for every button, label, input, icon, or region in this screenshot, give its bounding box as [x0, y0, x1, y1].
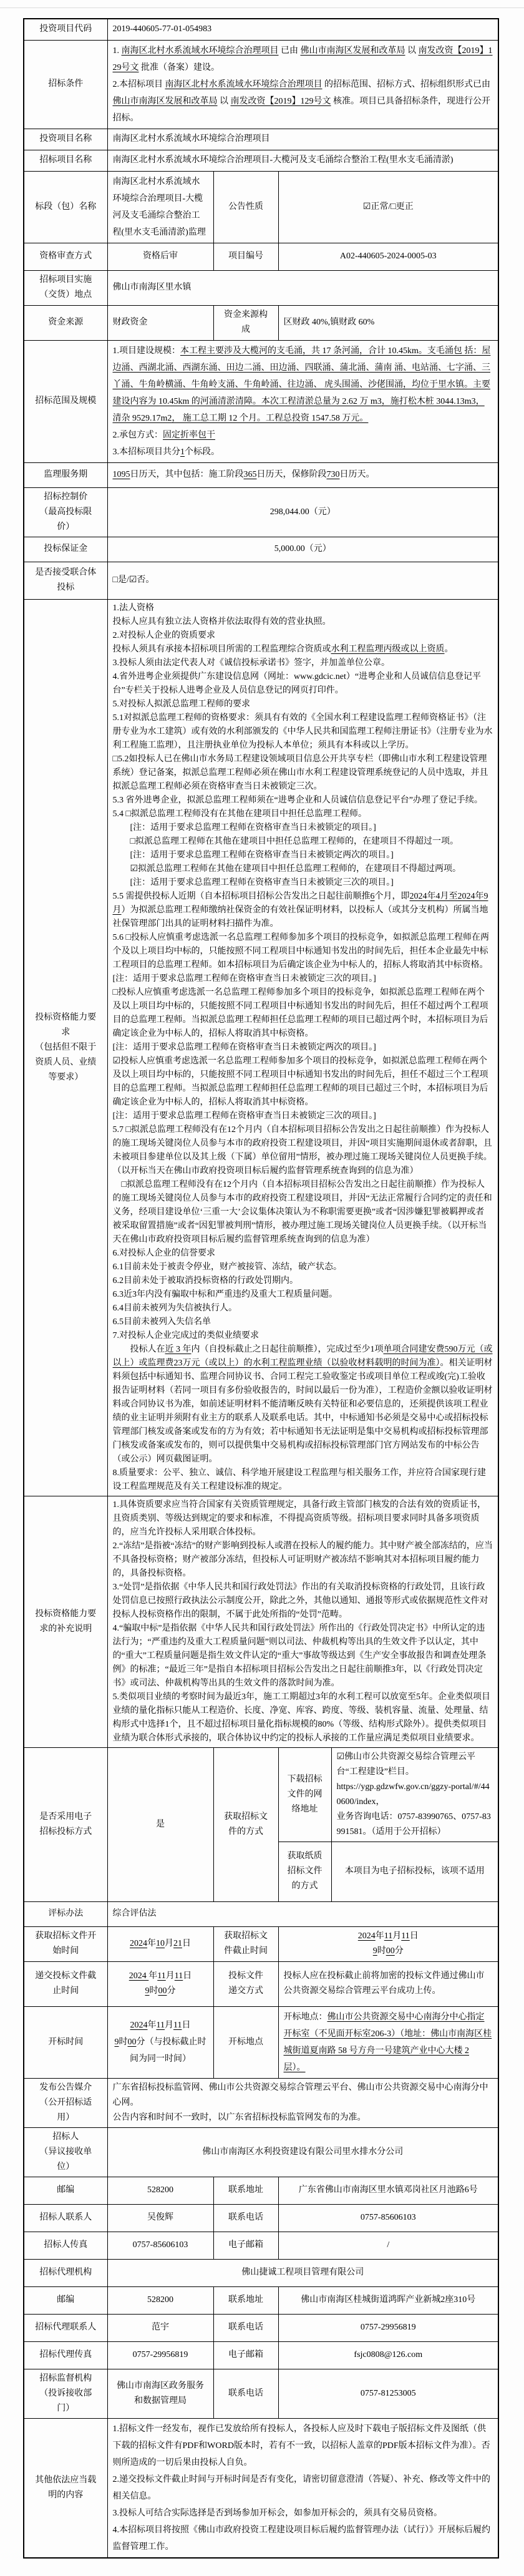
investment-code-value: 2019-440605-77-01-054983 [107, 19, 498, 40]
agency-address-label: 联系地址 [213, 2286, 278, 2314]
notice-nature-value: ☑正常/□更正 [278, 171, 498, 243]
table-row: 招标范围及规模 1.项目建设规模：本工程主要涉及大榄河的支毛涌，共 17 条河涌… [24, 340, 498, 462]
supervision-phone-label: 联系电话 [213, 2369, 278, 2418]
tender-announcement-page: 投资项目代码 2019-440605-77-01-054983 招标条件 1. … [0, 7, 524, 2559]
doc-deadline-label: 获取招标文件截止时间 [213, 1926, 278, 1961]
agency-email-label: 电子邮箱 [213, 2341, 278, 2369]
e-bidding-label: 是否采用电子招标投标方式 [24, 1747, 107, 1901]
control-price-value: 298,044.00（元） [107, 487, 498, 537]
submission-method-label: 投标文件递交方式 [213, 1961, 278, 2006]
section-name-value: 南海区北村水系流域水环境综合治理项目-大榄河及支毛涌综合整治工程(里水支毛涌清淤… [107, 171, 213, 243]
agency-contact-label: 招标代理联系人 [24, 2314, 107, 2341]
agency-postcode-label: 邮编 [24, 2286, 107, 2314]
table-row: 招标项目实施（交货）地点 佛山市南海区里水镇 [24, 270, 498, 305]
opening-time-value: 2024年11月11日9时00分（与投标截止时间为同一时间） [107, 2006, 213, 2078]
table-row: 开标时间 2024年11月11日9时00分（与投标截止时间为同一时间） 开标地点… [24, 2006, 498, 2078]
table-row: 投标资格能力要求（包括但不限于资质人员、业绩等要求） 1.法人资格投标人应具有独… [24, 599, 498, 1496]
doc-deadline-value: 2024年11月11日9时00分 [278, 1926, 498, 1961]
page-top-rule [0, 7, 524, 8]
delivery-location-label: 招标项目实施（交货）地点 [24, 270, 107, 305]
table-row: 是否采用电子招标投标方式 是 获取招标文件的方式 下载招标文件的网络地址 ☑佛山… [24, 1747, 498, 1842]
agency-value: 佛山捷诚工程项目管理有限公司 [107, 2259, 498, 2286]
tenderer-email-label: 电子邮箱 [213, 2232, 278, 2259]
tenderer-fax-value: 0757-85606103 [107, 2232, 213, 2259]
funding-source-value: 财政资金 [107, 305, 213, 340]
opening-place-value: 开标地点：佛山市公共资源交易中心南海分中心指定开标室（不见面开标室206-3）（… [278, 2006, 498, 2078]
supervision-period-label: 监理服务期 [24, 462, 107, 487]
investment-name-value: 南海区北村水系流域水环境综合治理项目 [107, 129, 498, 150]
bid-bond-value: 5,000.00（元） [107, 537, 498, 562]
investment-code-label: 投资项目代码 [24, 19, 107, 40]
tenderer-fax-label: 招标人传真 [24, 2232, 107, 2259]
supervision-authority-value: 佛山市南海区政务服务和数据管理局 [107, 2369, 213, 2418]
table-row: 标段（包）名称 南海区北村水系流域水环境综合治理项目-大榄河及支毛涌综合整治工程… [24, 171, 498, 243]
evaluation-method-label: 评标办法 [24, 1901, 107, 1926]
opening-place-label: 开标地点 [213, 2006, 278, 2078]
doc-start-time-value: 2024年10月21日 [107, 1926, 213, 1961]
table-row: 评标办法 综合评估法 [24, 1901, 498, 1926]
table-row: 投标保证金 5,000.00（元） [24, 537, 498, 562]
tenderer-email-value: / [278, 2232, 498, 2259]
doc-start-time-label: 获取招标文件开始时间 [24, 1926, 107, 1961]
agency-postcode-value: 528200 [107, 2286, 213, 2314]
download-address-value: ☑佛山市公共资源交易综合管理云平台“工程建设”栏目。https://ygp.gd… [331, 1747, 498, 1842]
tender-announcement-table: 投资项目代码 2019-440605-77-01-054983 招标条件 1. … [23, 18, 499, 2559]
table-row: 邮编 528200 联系地址 广东省佛山市南海区里水镇邓岗社区月池路6号 [24, 2177, 498, 2204]
delivery-location-value: 佛山市南海区里水镇 [107, 270, 498, 305]
tenderer-postcode-value: 528200 [107, 2177, 213, 2204]
investment-name-label: 投资项目名称 [24, 129, 107, 150]
e-bidding-value: 是 [107, 1747, 213, 1901]
tenderer-address-value: 广东省佛山市南海区里水镇邓岗社区月池路6号 [278, 2177, 498, 2204]
table-row: 资金来源 财政资金 资金来源构成 区财政 40%,镇财政 60% [24, 305, 498, 340]
consortium-value: □是/☑否。 [107, 562, 498, 599]
announcement-media-value: 广东省招标投标监管网、佛山市公共资源交易综合管理云平台、佛山市公共资源交易中心南… [107, 2078, 498, 2127]
tenderer-contact-label: 招标人联系人 [24, 2204, 107, 2232]
tender-name-value: 南海区北村水系流域水环境综合治理项目-大榄河及支毛涌综合整治工程(里水支毛涌清淤… [107, 150, 498, 171]
table-row: 是否接受联合体投标 □是/☑否。 [24, 562, 498, 599]
agency-address-value: 佛山市南海区桂城街道鸿晖产业新城2座310号 [278, 2286, 498, 2314]
download-address-label: 下载招标文件的网络地址 [278, 1747, 331, 1842]
tender-conditions-value: 1. 南海区北村水系流域水环境综合治理项目 已由 佛山市南海区发展和改革局 以 … [107, 40, 498, 129]
qualification-requirements-label: 投标资格能力要求（包括但不限于资质人员、业绩等要求） [24, 599, 107, 1496]
table-row: 招标条件 1. 南海区北村水系流域水环境综合治理项目 已由 佛山市南海区发展和改… [24, 40, 498, 129]
table-row: 获取招标文件开始时间 2024年10月21日 获取招标文件截止时间 2024年1… [24, 1926, 498, 1961]
table-row: 招标代理机构 佛山捷诚工程项目管理有限公司 [24, 2259, 498, 2286]
notice-nature-label: 公告性质 [213, 171, 278, 243]
agency-phone-value: 0757-29956819 [278, 2314, 498, 2341]
tenderer-address-label: 联系地址 [213, 2177, 278, 2204]
scope-value: 1.项目建设规模：本工程主要涉及大榄河的支毛涌，共 17 条河涌，合计 10.4… [107, 340, 498, 462]
agency-contact-value: 范宇 [107, 2314, 213, 2341]
funding-composition-value: 区财政 40%,镇财政 60% [278, 305, 498, 340]
table-row: 资格审查方式 资格后审 项目编号 A02-440605-2024-0005-03 [24, 243, 498, 270]
table-row: 招标代理传真 0757-29956819 电子邮箱 fsjc0808@126.c… [24, 2341, 498, 2369]
qualification-supplement-value: 1.具体资质要求应当符合国家有关资质管理规定，具备行政主管部门核发的合法有效的资… [107, 1496, 498, 1747]
agency-label: 招标代理机构 [24, 2259, 107, 2286]
submission-deadline-label: 递交投标文件截止时间 [24, 1961, 107, 2006]
tenderer-postcode-label: 邮编 [24, 2177, 107, 2204]
paper-doc-method-label: 获取纸质招标文件的方式 [278, 1842, 331, 1901]
qualification-review-value: 资格后审 [107, 243, 213, 270]
table-row: 递交投标文件截止时间 2024 年11月11日9时00分 投标文件递交方式 投标… [24, 1961, 498, 2006]
other-content-value: 1.招标文件一经发布，视作已发放给所有投标人，各投标人应及时下载电子版招标文件及… [107, 2418, 498, 2558]
funding-composition-label: 资金来源构成 [213, 305, 278, 340]
section-name-label: 标段（包）名称 [24, 171, 107, 243]
table-row: 招标项目名称 南海区北村水系流域水环境综合治理项目-大榄河及支毛涌综合整治工程(… [24, 150, 498, 171]
project-number-label: 项目编号 [213, 243, 278, 270]
table-row: 投资项目名称 南海区北村水系流域水环境综合治理项目 [24, 129, 498, 150]
funding-source-label: 资金来源 [24, 305, 107, 340]
supervision-period-value: 1095日历天，其中包括：施工阶段365日历天，保修阶段730日历天。 [107, 462, 498, 487]
table-row: 投资项目代码 2019-440605-77-01-054983 [24, 19, 498, 40]
consortium-label: 是否接受联合体投标 [24, 562, 107, 599]
doc-obtain-method-label: 获取招标文件的方式 [213, 1747, 278, 1901]
tenderer-label: 招标人（异议接收单位） [24, 2127, 107, 2177]
table-row: 其他依法应当载明的内容 1.招标文件一经发布，视作已发放给所有投标人，各投标人应… [24, 2418, 498, 2558]
qualification-supplement-label: 投标资格能力要求的补充说明 [24, 1496, 107, 1747]
table-row: 招标人（异议接收单位） 佛山市南海区水利投资建设有限公司里水排水分公司 [24, 2127, 498, 2177]
agency-fax-label: 招标代理传真 [24, 2341, 107, 2369]
qualification-requirements-value: 1.法人资格投标人应具有独立法人资格并依法取得有效的营业执照。2.对投标人企业的… [107, 599, 498, 1496]
submission-deadline-value: 2024 年11月11日9时00分 [107, 1961, 213, 2006]
table-row: 招标人传真 0757-85606103 电子邮箱 / [24, 2232, 498, 2259]
other-content-label: 其他依法应当载明的内容 [24, 2418, 107, 2558]
table-row: 邮编 528200 联系地址 佛山市南海区桂城街道鸿晖产业新城2座310号 [24, 2286, 498, 2314]
announcement-media-label: 发布公告媒介（公开招标适用） [24, 2078, 107, 2127]
table-row: 招标人联系人 吴俊辉 联系电话 0757-85606103 [24, 2204, 498, 2232]
table-row: 发布公告媒介（公开招标适用） 广东省招标投标监管网、佛山市公共资源交易综合管理云… [24, 2078, 498, 2127]
tenderer-value: 佛山市南海区水利投资建设有限公司里水排水分公司 [107, 2127, 498, 2177]
evaluation-method-value: 综合评估法 [107, 1901, 498, 1926]
supervision-authority-label: 招标监督机构（投诉接收部门） [24, 2369, 107, 2418]
bid-bond-label: 投标保证金 [24, 537, 107, 562]
qualification-review-label: 资格审查方式 [24, 243, 107, 270]
control-price-label: 招标控制价（最高投标限价） [24, 487, 107, 537]
supervision-phone-value: 0757-81253005 [278, 2369, 498, 2418]
tenderer-phone-value: 0757-85606103 [278, 2204, 498, 2232]
table-row: 招标代理联系人 范宇 联系电话 0757-29956819 [24, 2314, 498, 2341]
table-row: 监理服务期 1095日历天，其中包括：施工阶段365日历天，保修阶段730日历天… [24, 462, 498, 487]
tenderer-contact-value: 吴俊辉 [107, 2204, 213, 2232]
table-row: 投标资格能力要求的补充说明 1.具体资质要求应当符合国家有关资质管理规定，具备行… [24, 1496, 498, 1747]
project-number-value: A02-440605-2024-0005-03 [278, 243, 498, 270]
tender-name-label: 招标项目名称 [24, 150, 107, 171]
submission-method-value: 投标人应在投标截止前将加密的投标文件通过佛山市公共资源交易综合管理云平台成功上传… [278, 1961, 498, 2006]
table-row: 招标控制价（最高投标限价） 298,044.00（元） [24, 487, 498, 537]
agency-fax-value: 0757-29956819 [107, 2341, 213, 2369]
paper-doc-method-value: 本项目为电子招标投标，该项不适用 [331, 1842, 498, 1901]
tender-conditions-label: 招标条件 [24, 40, 107, 129]
agency-phone-label: 联系电话 [213, 2314, 278, 2341]
opening-time-label: 开标时间 [24, 2006, 107, 2078]
scope-label: 招标范围及规模 [24, 340, 107, 462]
tenderer-phone-label: 联系电话 [213, 2204, 278, 2232]
table-row: 招标监督机构（投诉接收部门） 佛山市南海区政务服务和数据管理局 联系电话 075… [24, 2369, 498, 2418]
agency-email-value: fsjc0808@126.com [278, 2341, 498, 2369]
